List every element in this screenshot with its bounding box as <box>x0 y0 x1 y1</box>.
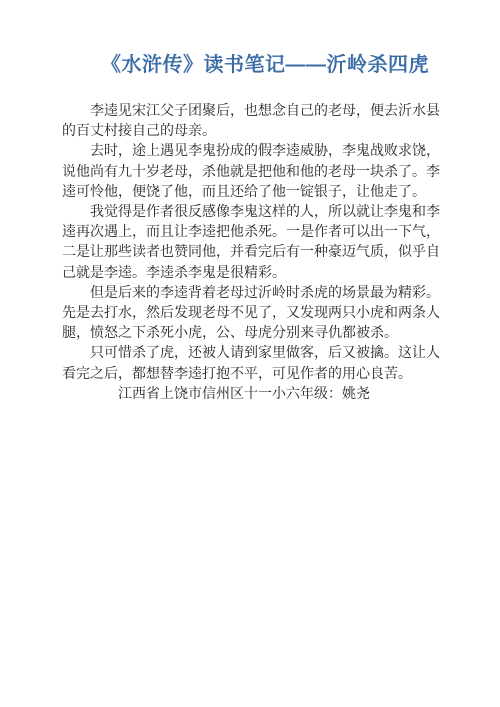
body-paragraph: 李逵见宋江父子团聚后，也想念自己的老母，便去沂水县的百丈村接自己的母亲。 <box>62 102 440 142</box>
author-attribution: 江西省上饶市信州区十一小六年级：姚尧 <box>62 385 440 405</box>
body-paragraph: 但是后来的李逵背着老母过沂岭时杀虎的场景最为精彩。先是去打水，然后发现老母不见了… <box>62 284 440 345</box>
body-paragraph: 去时，途上遇见李鬼扮成的假李逵威胁，李鬼战败求饶，说他尚有九十岁老母，杀他就是把… <box>62 142 440 203</box>
body-paragraph: 我觉得是作者很反感像李鬼这样的人，所以就让李鬼和李逵再次遇上，而且让李逵把他杀死… <box>62 203 440 284</box>
body-paragraph: 只可惜杀了虎，还被人请到家里做客，后又被擒。这让人看完之后，都想替李逵打抱不平，… <box>62 344 440 384</box>
document-page: 《水浒传》读书笔记——沂岭杀四虎 李逵见宋江父子团聚后，也想念自己的老母，便去沂… <box>0 0 500 707</box>
document-body: 李逵见宋江父子团聚后，也想念自己的老母，便去沂水县的百丈村接自己的母亲。 去时，… <box>62 102 440 405</box>
document-title: 《水浒传》读书笔记——沂岭杀四虎 <box>0 52 500 79</box>
